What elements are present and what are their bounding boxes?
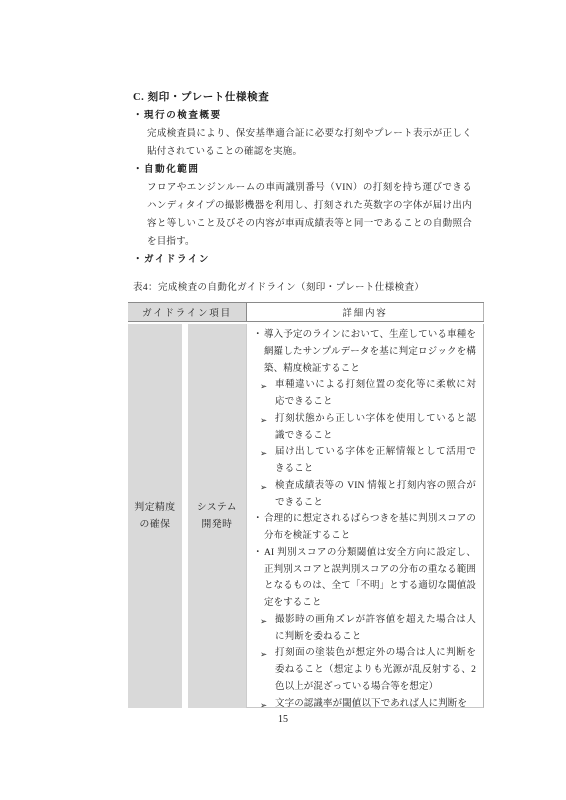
bullet-marker: ・ (133, 251, 144, 269)
section-heading: C. 刻印・プレート仕様検査 (133, 89, 472, 107)
arrow-marker: ➢ (260, 478, 275, 512)
table-body-row: 判定精度 の確保 システム 開発時 ・ 導入予定のラインにおいて、生産している車… (128, 322, 484, 708)
table-header-guideline-item: ガイドライン項目 (128, 303, 246, 321)
detail-item: ➢ 文字の認識率が閾値以下であれば人に判断を (260, 696, 476, 714)
arrow-marker: ➢ (260, 444, 275, 478)
bullet-item-automation-scope: ・ 自動化範囲 (133, 161, 472, 179)
cell-line: の確保 (140, 516, 171, 533)
arrow-marker: ➢ (260, 696, 275, 714)
arrow-marker: ➢ (260, 645, 275, 695)
detail-item: ・ 導入予定のラインにおいて、生産している車種を網羅したサンプルデータを基に判定… (253, 327, 476, 377)
detail-item: ➢ 車種違いによる打刻位置の変化等に柔軟に対応できること (260, 377, 476, 411)
detail-list: ・ 導入予定のラインにおいて、生産している車種を網羅したサンプルデータを基に判定… (253, 327, 476, 713)
bullet-label: ガイドライン (144, 251, 210, 269)
detail-item: ➢ 届け出している字体を正解情報として活用できること (260, 444, 476, 478)
table-caption: 表4：完成検査の自動化ガイドライン（刻印・プレート仕様検査） (133, 279, 424, 293)
bullet-marker: ・ (253, 545, 264, 612)
arrow-marker: ➢ (260, 612, 275, 646)
bullet-label: 自動化範囲 (144, 161, 200, 179)
bullet-item-current-overview: ・ 現行の検査概要 (133, 107, 472, 125)
cell-detail: ・ 導入予定のラインにおいて、生産している車種を網羅したサンプルデータを基に判定… (246, 324, 484, 708)
guideline-table: ガイドライン項目 詳細内容 判定精度 の確保 システム 開発時 ・ 導入予定のラ… (128, 302, 484, 708)
bullet-marker: ・ (253, 511, 264, 545)
table-header-row: ガイドライン項目 詳細内容 (128, 302, 484, 322)
detail-item: ・ AI 判別スコアの分類閾値は安全方向に設定し、正判別スコアと誤判別スコアの分… (253, 545, 476, 612)
bullet-item-guideline: ・ ガイドライン (133, 251, 472, 269)
page-number: 15 (0, 714, 566, 725)
bullet-label: 現行の検査概要 (144, 107, 222, 125)
cell-guideline-item: 判定精度 の確保 (128, 324, 182, 708)
cell-phase: システム 開発時 (188, 324, 246, 708)
detail-item: ➢ 検査成績表等の VIN 情報と打刻内容の照合ができること (260, 478, 476, 512)
detail-item: ・ 合理的に想定されるばらつきを基に判別スコアの分布を検証すること (253, 511, 476, 545)
paragraph-automation-scope: フロアやエンジンルームの車両識別番号（VIN）の打刻を持ち運びできるハンディタイ… (147, 179, 472, 251)
document-page: C. 刻印・プレート仕様検査 ・ 現行の検査概要 完成検査員により、保安基準適合… (0, 0, 566, 800)
detail-item: ➢ 撮影時の画角ズレが許容値を超えた場合は人に判断を委ねること (260, 612, 476, 646)
arrow-marker: ➢ (260, 411, 275, 445)
section-content: C. 刻印・プレート仕様検査 ・ 現行の検査概要 完成検査員により、保安基準適合… (133, 89, 472, 269)
bullet-marker: ・ (253, 327, 264, 377)
bullet-marker: ・ (133, 161, 144, 179)
arrow-marker: ➢ (260, 377, 275, 411)
detail-item: ➢ 打刻状態から正しい字体を使用していると認識できること (260, 411, 476, 445)
bullet-marker: ・ (133, 107, 144, 125)
table-header-detail: 詳細内容 (246, 303, 484, 321)
cell-line: 開発時 (202, 516, 233, 533)
detail-item: ➢ 打刻面の塗装色が想定外の場合は人に判断を委ねること（想定よりも光源が乱反射す… (260, 645, 476, 695)
paragraph-current-overview: 完成検査員により、保安基準適合証に必要な打刻やプレート表示が正しく貼付されている… (147, 125, 472, 161)
cell-line: システム (197, 499, 237, 516)
cell-line: 判定精度 (134, 499, 175, 516)
